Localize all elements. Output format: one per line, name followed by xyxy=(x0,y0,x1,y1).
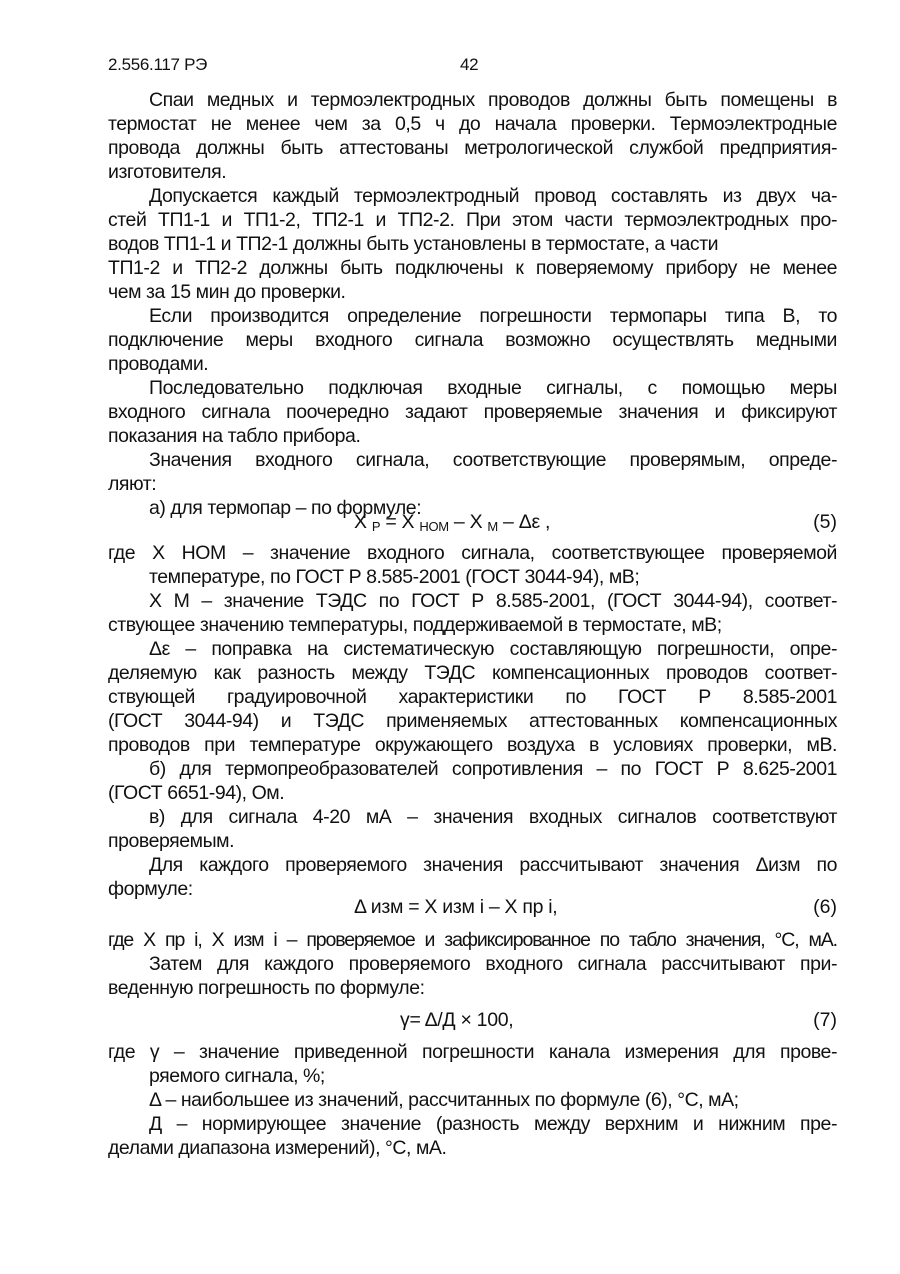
text-line: в) для сигнала 4-20 мА – значения входны… xyxy=(149,805,837,829)
text-line: проверяемым. xyxy=(108,829,837,853)
text-line: проводов при температуре окружающего воз… xyxy=(108,733,837,757)
text-line: деляемую как разность между ТЭДС компенс… xyxy=(108,661,837,685)
formula-6-number: (6) xyxy=(813,895,837,919)
text-line: входного сигнала поочередно задают прове… xyxy=(108,400,837,424)
text-line: б) для термопреобразователей сопротивлен… xyxy=(149,757,837,781)
text-line: показания на табло прибора. xyxy=(108,424,837,448)
formula-5: X Р = X НОМ – X М – Δε , xyxy=(354,510,550,539)
formula-7: γ= Δ/Д × 100, xyxy=(400,1008,513,1032)
formula-5-number: (5) xyxy=(813,510,837,534)
text-line: (ГОСТ 3044-94) и ТЭДС применяемых аттест… xyxy=(108,709,837,733)
text-line: ТП1-2 и ТП2-2 должны быть подключены к п… xyxy=(108,256,837,280)
text-line: провода должны быть аттестованы метролог… xyxy=(108,136,837,160)
page-number: 42 xyxy=(460,55,478,75)
text-line: Д – нормирующее значение (разность между… xyxy=(149,1112,837,1136)
text-line: Δε – поправка на систематическую составл… xyxy=(149,637,837,661)
text-line: делами диапазона измерений), °С, мА. xyxy=(108,1136,837,1160)
text-line: (ГОСТ 6651-94), Ом. xyxy=(108,781,837,805)
text-line: ствующее значению температуры, поддержив… xyxy=(108,613,837,637)
text-line: стей ТП1-1 и ТП1-2, ТП2-1 и ТП2-2. При э… xyxy=(108,208,837,232)
text-line: Значения входного сигнала, соответствующ… xyxy=(149,448,837,472)
text-line: где γ – значение приведенной погрешности… xyxy=(108,1040,837,1064)
text-line: Спаи медных и термоэлектродных проводов … xyxy=(149,88,837,112)
formula-7-number: (7) xyxy=(813,1008,837,1032)
text-line: Затем для каждого проверяемого входного … xyxy=(149,952,837,976)
text-line: Допускается каждый термоэлектродный пров… xyxy=(149,184,837,208)
text-line: изготовителя. xyxy=(108,160,837,184)
formula-6: Δ изм = X изм i – X пр i, xyxy=(354,895,557,919)
text-line: где X НОМ – значение входного сигнала, с… xyxy=(108,541,837,565)
text-line: термостат не менее чем за 0,5 ч до начал… xyxy=(108,112,837,136)
text-line: Δ – наибольшее из значений, рассчитанных… xyxy=(149,1088,837,1112)
document-code: 2.556.117 РЭ xyxy=(108,55,207,75)
text-line: X М – значение ТЭДС по ГОСТ Р 8.585-2001… xyxy=(149,589,837,613)
text-line: Если производится определение погрешност… xyxy=(149,304,837,328)
text-line: проводами. xyxy=(108,352,837,376)
text-line: подключение меры входного сигнала возмож… xyxy=(108,328,837,352)
text-line: температуре, по ГОСТ Р 8.585-2001 (ГОСТ … xyxy=(149,565,837,589)
text-line: чем за 15 мин до проверки. xyxy=(108,280,837,304)
text-line: веденную погрешность по формуле: xyxy=(108,976,837,1000)
text-line: водов ТП1-1 и ТП2-1 должны быть установл… xyxy=(108,232,837,256)
text-line: ствующей градуировочной характеристики п… xyxy=(108,685,837,709)
text-line: Для каждого проверяемого значения рассчи… xyxy=(149,853,837,877)
text-line: где X пр i, X изм i – проверяемое и зафи… xyxy=(108,928,837,952)
text-line: Последовательно подключая входные сигнал… xyxy=(149,376,837,400)
text-line: ряемого сигнала, %; xyxy=(149,1064,837,1088)
text-line: ляют: xyxy=(108,472,837,496)
